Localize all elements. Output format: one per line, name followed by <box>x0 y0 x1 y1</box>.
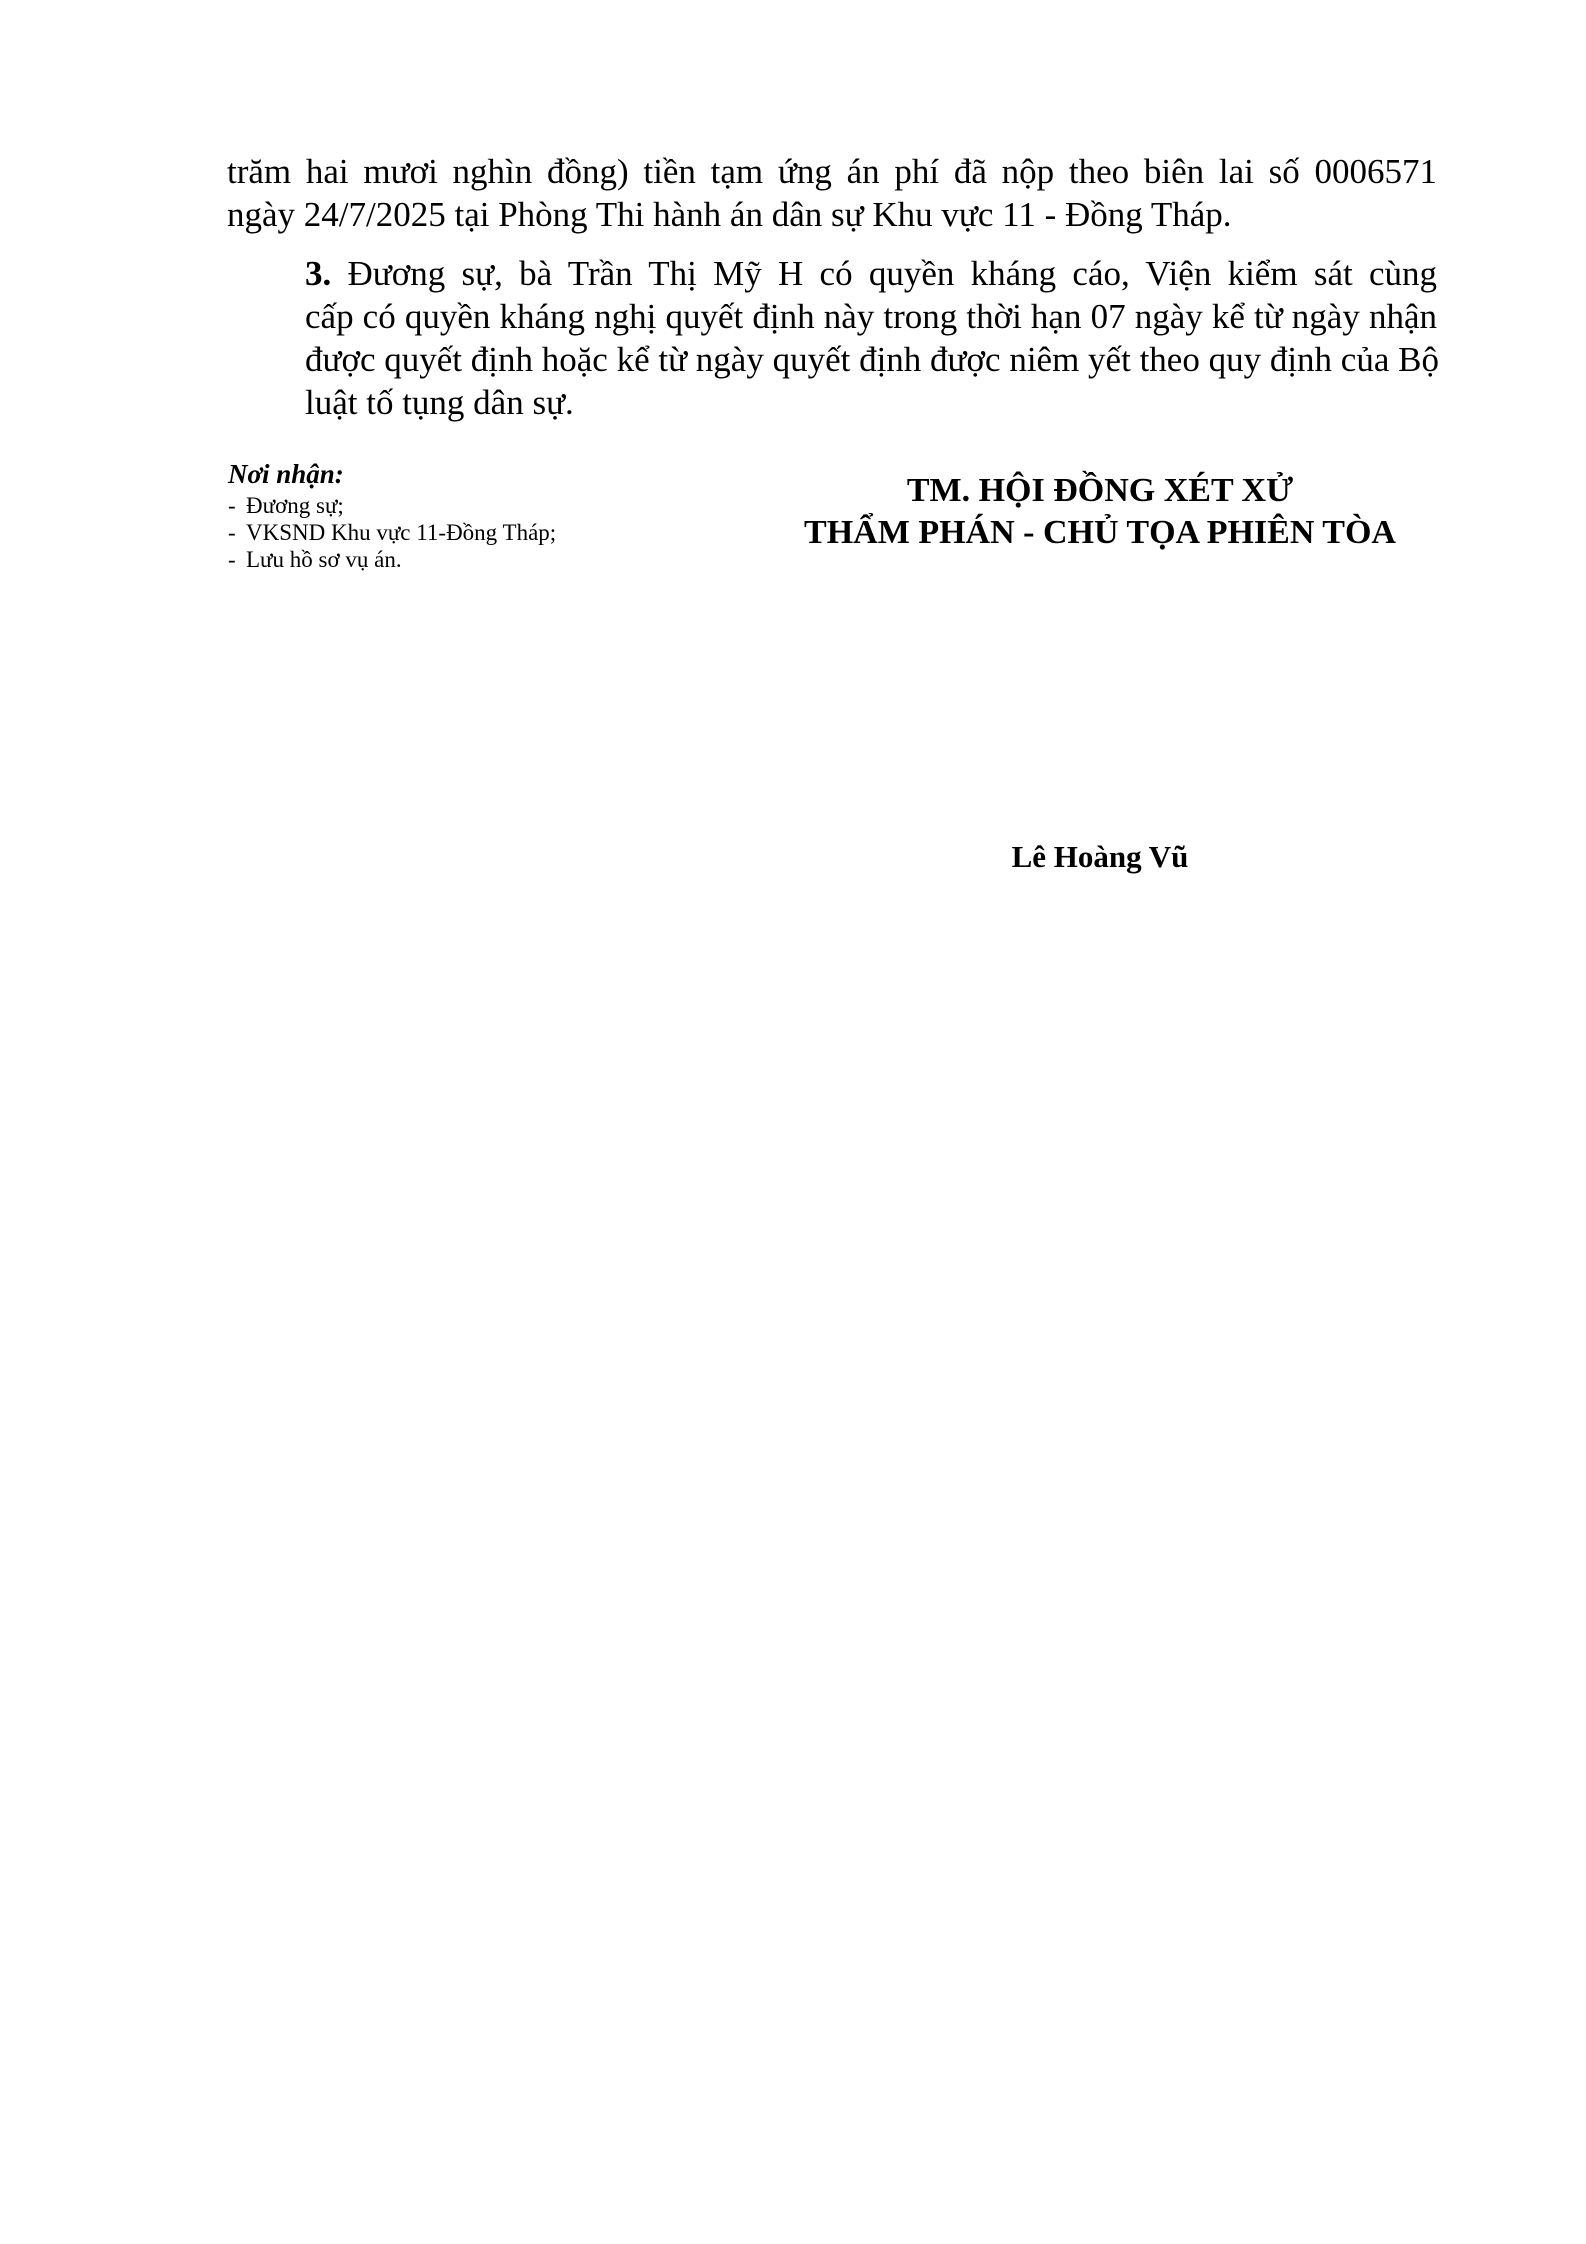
paragraph-line: được quyết định hoặc kể từ ngày quyết đị… <box>227 338 1437 381</box>
signature-title-council: TM. HỘI ĐỒNG XÉT XỬ <box>700 470 1500 512</box>
paragraph-line: 3. Đương sự, bà Trần Thị Mỹ H có quyền k… <box>227 252 1437 295</box>
paragraph-fee-refund: trăm hai mươi nghìn đồng) tiền tạm ứng á… <box>227 150 1437 236</box>
recipient-text: VKSND Khu vực 11-Đồng Tháp; <box>246 520 556 545</box>
paragraph-line: luật tố tụng dân sự. <box>227 381 1437 424</box>
recipient-item: -Lưu hồ sơ vụ án. <box>228 546 688 573</box>
paragraph-line: trăm hai mươi nghìn đồng) tiền tạm ứng á… <box>227 150 1437 193</box>
list-dash: - <box>228 546 246 573</box>
recipients-list: -Đương sự; -VKSND Khu vực 11-Đồng Tháp; … <box>228 492 688 573</box>
signer-name: Lê Hoàng Vũ <box>700 838 1500 876</box>
signature-title-judge: THẨM PHÁN - CHỦ TỌA PHIÊN TÒA <box>700 512 1500 554</box>
paragraph-number: 3. <box>305 254 331 293</box>
recipients-block: Nơi nhận: -Đương sự; -VKSND Khu vực 11-Đ… <box>228 458 688 573</box>
paragraph-line: ngày 24/7/2025 tại Phòng Thi hành án dân… <box>227 193 1437 236</box>
recipient-text: Đương sự; <box>246 493 344 518</box>
recipient-item: -VKSND Khu vực 11-Đồng Tháp; <box>228 519 688 546</box>
recipient-text: Lưu hồ sơ vụ án. <box>246 547 402 572</box>
list-dash: - <box>228 519 246 546</box>
list-dash: - <box>228 492 246 519</box>
document-page: trăm hai mươi nghìn đồng) tiền tạm ứng á… <box>0 0 1586 2244</box>
paragraph-appeal-rights: 3. Đương sự, bà Trần Thị Mỹ H có quyền k… <box>227 252 1437 424</box>
signature-block: TM. HỘI ĐỒNG XÉT XỬ THẨM PHÁN - CHỦ TỌA … <box>700 470 1500 554</box>
recipients-heading: Nơi nhận: <box>228 458 688 490</box>
paragraph-line: cấp có quyền kháng nghị quyết định này t… <box>227 295 1437 338</box>
recipient-item: -Đương sự; <box>228 492 688 519</box>
paragraph-line-text: Đương sự, bà Trần Thị Mỹ H có quyền khán… <box>331 254 1437 293</box>
